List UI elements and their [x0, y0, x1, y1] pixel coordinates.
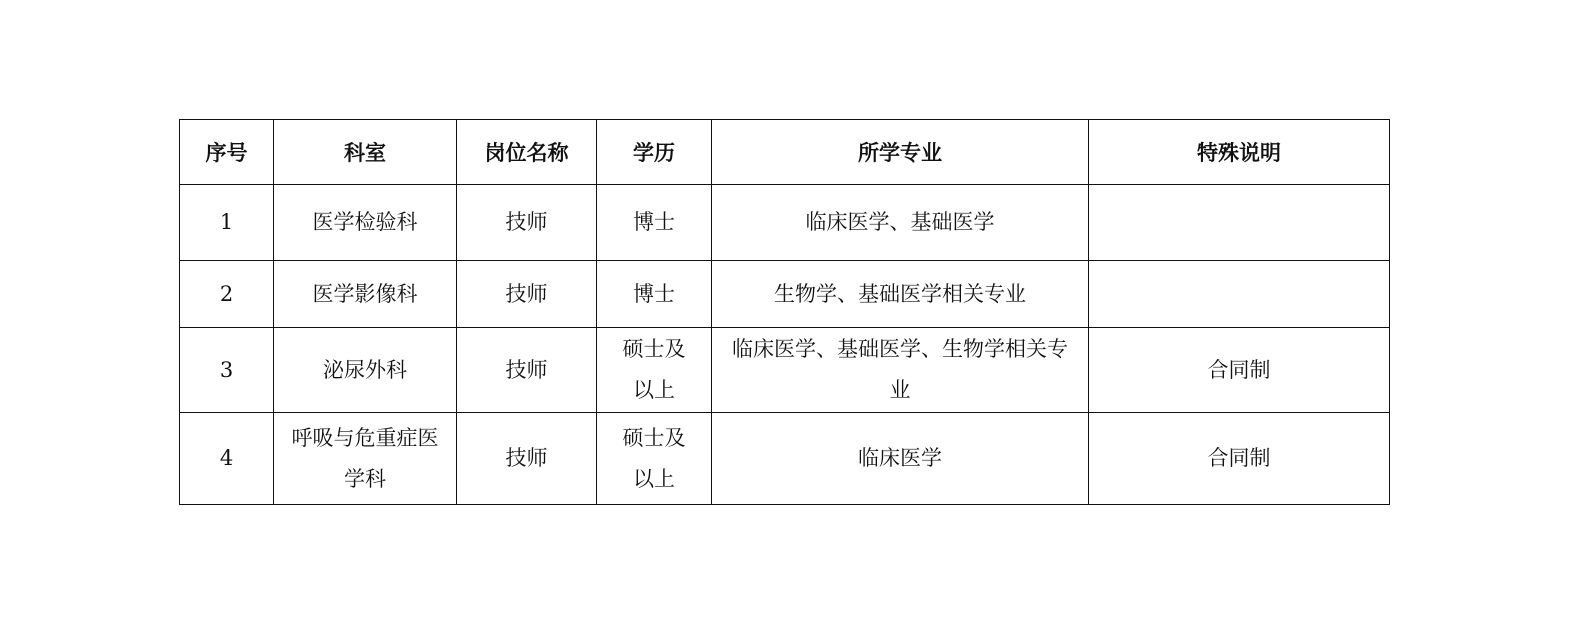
cell-post: 技师	[457, 328, 597, 413]
header-major: 所学专业	[712, 120, 1089, 185]
cell-post: 技师	[457, 185, 597, 261]
cell-edu: 博士	[597, 261, 712, 328]
cell-major: 生物学、基础医学相关专业	[712, 261, 1089, 328]
cell-edu: 博士	[597, 185, 712, 261]
cell-note	[1089, 261, 1390, 328]
cell-major: 临床医学、基础医学、生物学相关专业	[712, 328, 1089, 413]
cell-no: 1	[180, 185, 274, 261]
cell-dept-text: 呼吸与危重症医学科	[290, 418, 440, 500]
table-row: 2 医学影像科 技师 博士 生物学、基础医学相关专业	[180, 261, 1390, 328]
table-row: 1 医学检验科 技师 博士 临床医学、基础医学	[180, 185, 1390, 261]
cell-major: 临床医学、基础医学	[712, 185, 1089, 261]
header-row: 序号 科室 岗位名称 学历 所学专业 特殊说明	[180, 120, 1390, 185]
cell-dept: 泌尿外科	[274, 328, 457, 413]
header-dept: 科室	[274, 120, 457, 185]
cell-note: 合同制	[1089, 328, 1390, 413]
cell-edu: 硕士及以上	[597, 413, 712, 505]
cell-note	[1089, 185, 1390, 261]
table-row: 4 呼吸与危重症医学科 技师 硕士及以上 临床医学 合同制	[180, 413, 1390, 505]
header-note: 特殊说明	[1089, 120, 1390, 185]
cell-no: 4	[180, 413, 274, 505]
cell-edu-text: 硕士及以上	[621, 418, 687, 500]
cell-dept: 医学影像科	[274, 261, 457, 328]
cell-post: 技师	[457, 261, 597, 328]
table-row: 3 泌尿外科 技师 硕士及以上 临床医学、基础医学、生物学相关专业 合同制	[180, 328, 1390, 413]
cell-edu: 硕士及以上	[597, 328, 712, 413]
header-edu: 学历	[597, 120, 712, 185]
cell-post: 技师	[457, 413, 597, 505]
header-no: 序号	[180, 120, 274, 185]
cell-major: 临床医学	[712, 413, 1089, 505]
cell-dept: 呼吸与危重症医学科	[274, 413, 457, 505]
cell-edu-text: 硕士及以上	[621, 329, 687, 411]
cell-major-text: 临床医学、基础医学、生物学相关专业	[724, 329, 1076, 411]
cell-note: 合同制	[1089, 413, 1390, 505]
recruitment-table: 序号 科室 岗位名称 学历 所学专业 特殊说明 1 医学检验科 技师 博士 临床…	[179, 119, 1390, 505]
cell-no: 3	[180, 328, 274, 413]
cell-no: 2	[180, 261, 274, 328]
cell-dept: 医学检验科	[274, 185, 457, 261]
header-post: 岗位名称	[457, 120, 597, 185]
